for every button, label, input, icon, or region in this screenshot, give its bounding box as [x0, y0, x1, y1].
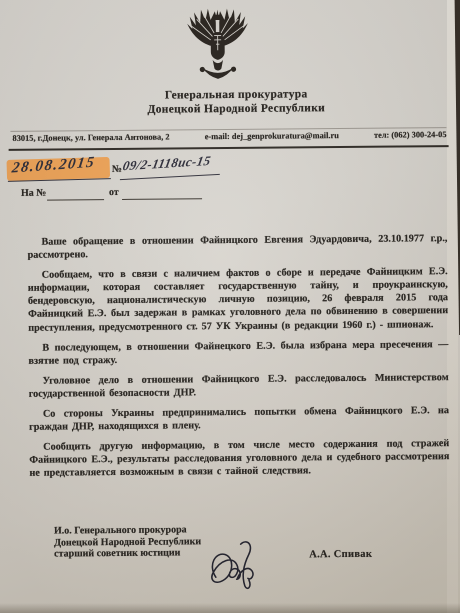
- incoming-number-blank-line: [47, 199, 104, 201]
- signer-name: А.А. Спивак: [309, 549, 372, 561]
- letter-content: Генеральная прокуратура Донецкой Народно…: [0, 0, 460, 613]
- body-paragraph: В последующем, в отношении Файнецкого Е.…: [28, 338, 448, 368]
- letterhead-rule-bottom: [9, 145, 449, 151]
- body-paragraph: Уголовное дело в отношении Файницкого Е.…: [29, 371, 449, 401]
- body-paragraph: Сообщаем, что в связи с наличием фактов …: [28, 265, 449, 334]
- handwritten-outgoing-number: 09/2-1118ис-15: [121, 153, 212, 175]
- body-paragraph: Ваше обращение в отношении Файницкого Ев…: [27, 232, 447, 262]
- coat-of-arms-eagle-emblem: [165, 5, 270, 86]
- from-date-label: от: [109, 187, 119, 198]
- document-photo: Генеральная прокуратура Донецкой Народно…: [0, 0, 460, 613]
- from-date-blank-line: [122, 198, 202, 200]
- letter-body: Ваше обращение в отношении Файницкого Ев…: [27, 232, 449, 487]
- photo-bottom-shadow: [0, 603, 460, 613]
- letterhead-contacts: 83015, г.Донецк, ул. Генерала Антонова, …: [12, 130, 446, 143]
- body-paragraph: Сообщить другую информацию, в том числе …: [29, 437, 449, 480]
- phone-number: тел: (062) 300-24-05: [374, 130, 447, 140]
- org-name-line2: Донецкой Народной Республики: [6, 100, 460, 118]
- signature-autograph: [200, 533, 286, 599]
- body-paragraph: Со стороны Украины предпринимались попыт…: [29, 404, 449, 434]
- number-underline: [120, 174, 220, 181]
- org-name: Генеральная прокуратура Донецкой Народно…: [6, 86, 460, 118]
- email-address: e-mail: dej_genprokuratura@mail.ru: [205, 131, 339, 141]
- postal-address: 83015, г.Донецк, ул. Генерала Антонова, …: [12, 133, 169, 143]
- incoming-number-label: На №: [21, 188, 46, 199]
